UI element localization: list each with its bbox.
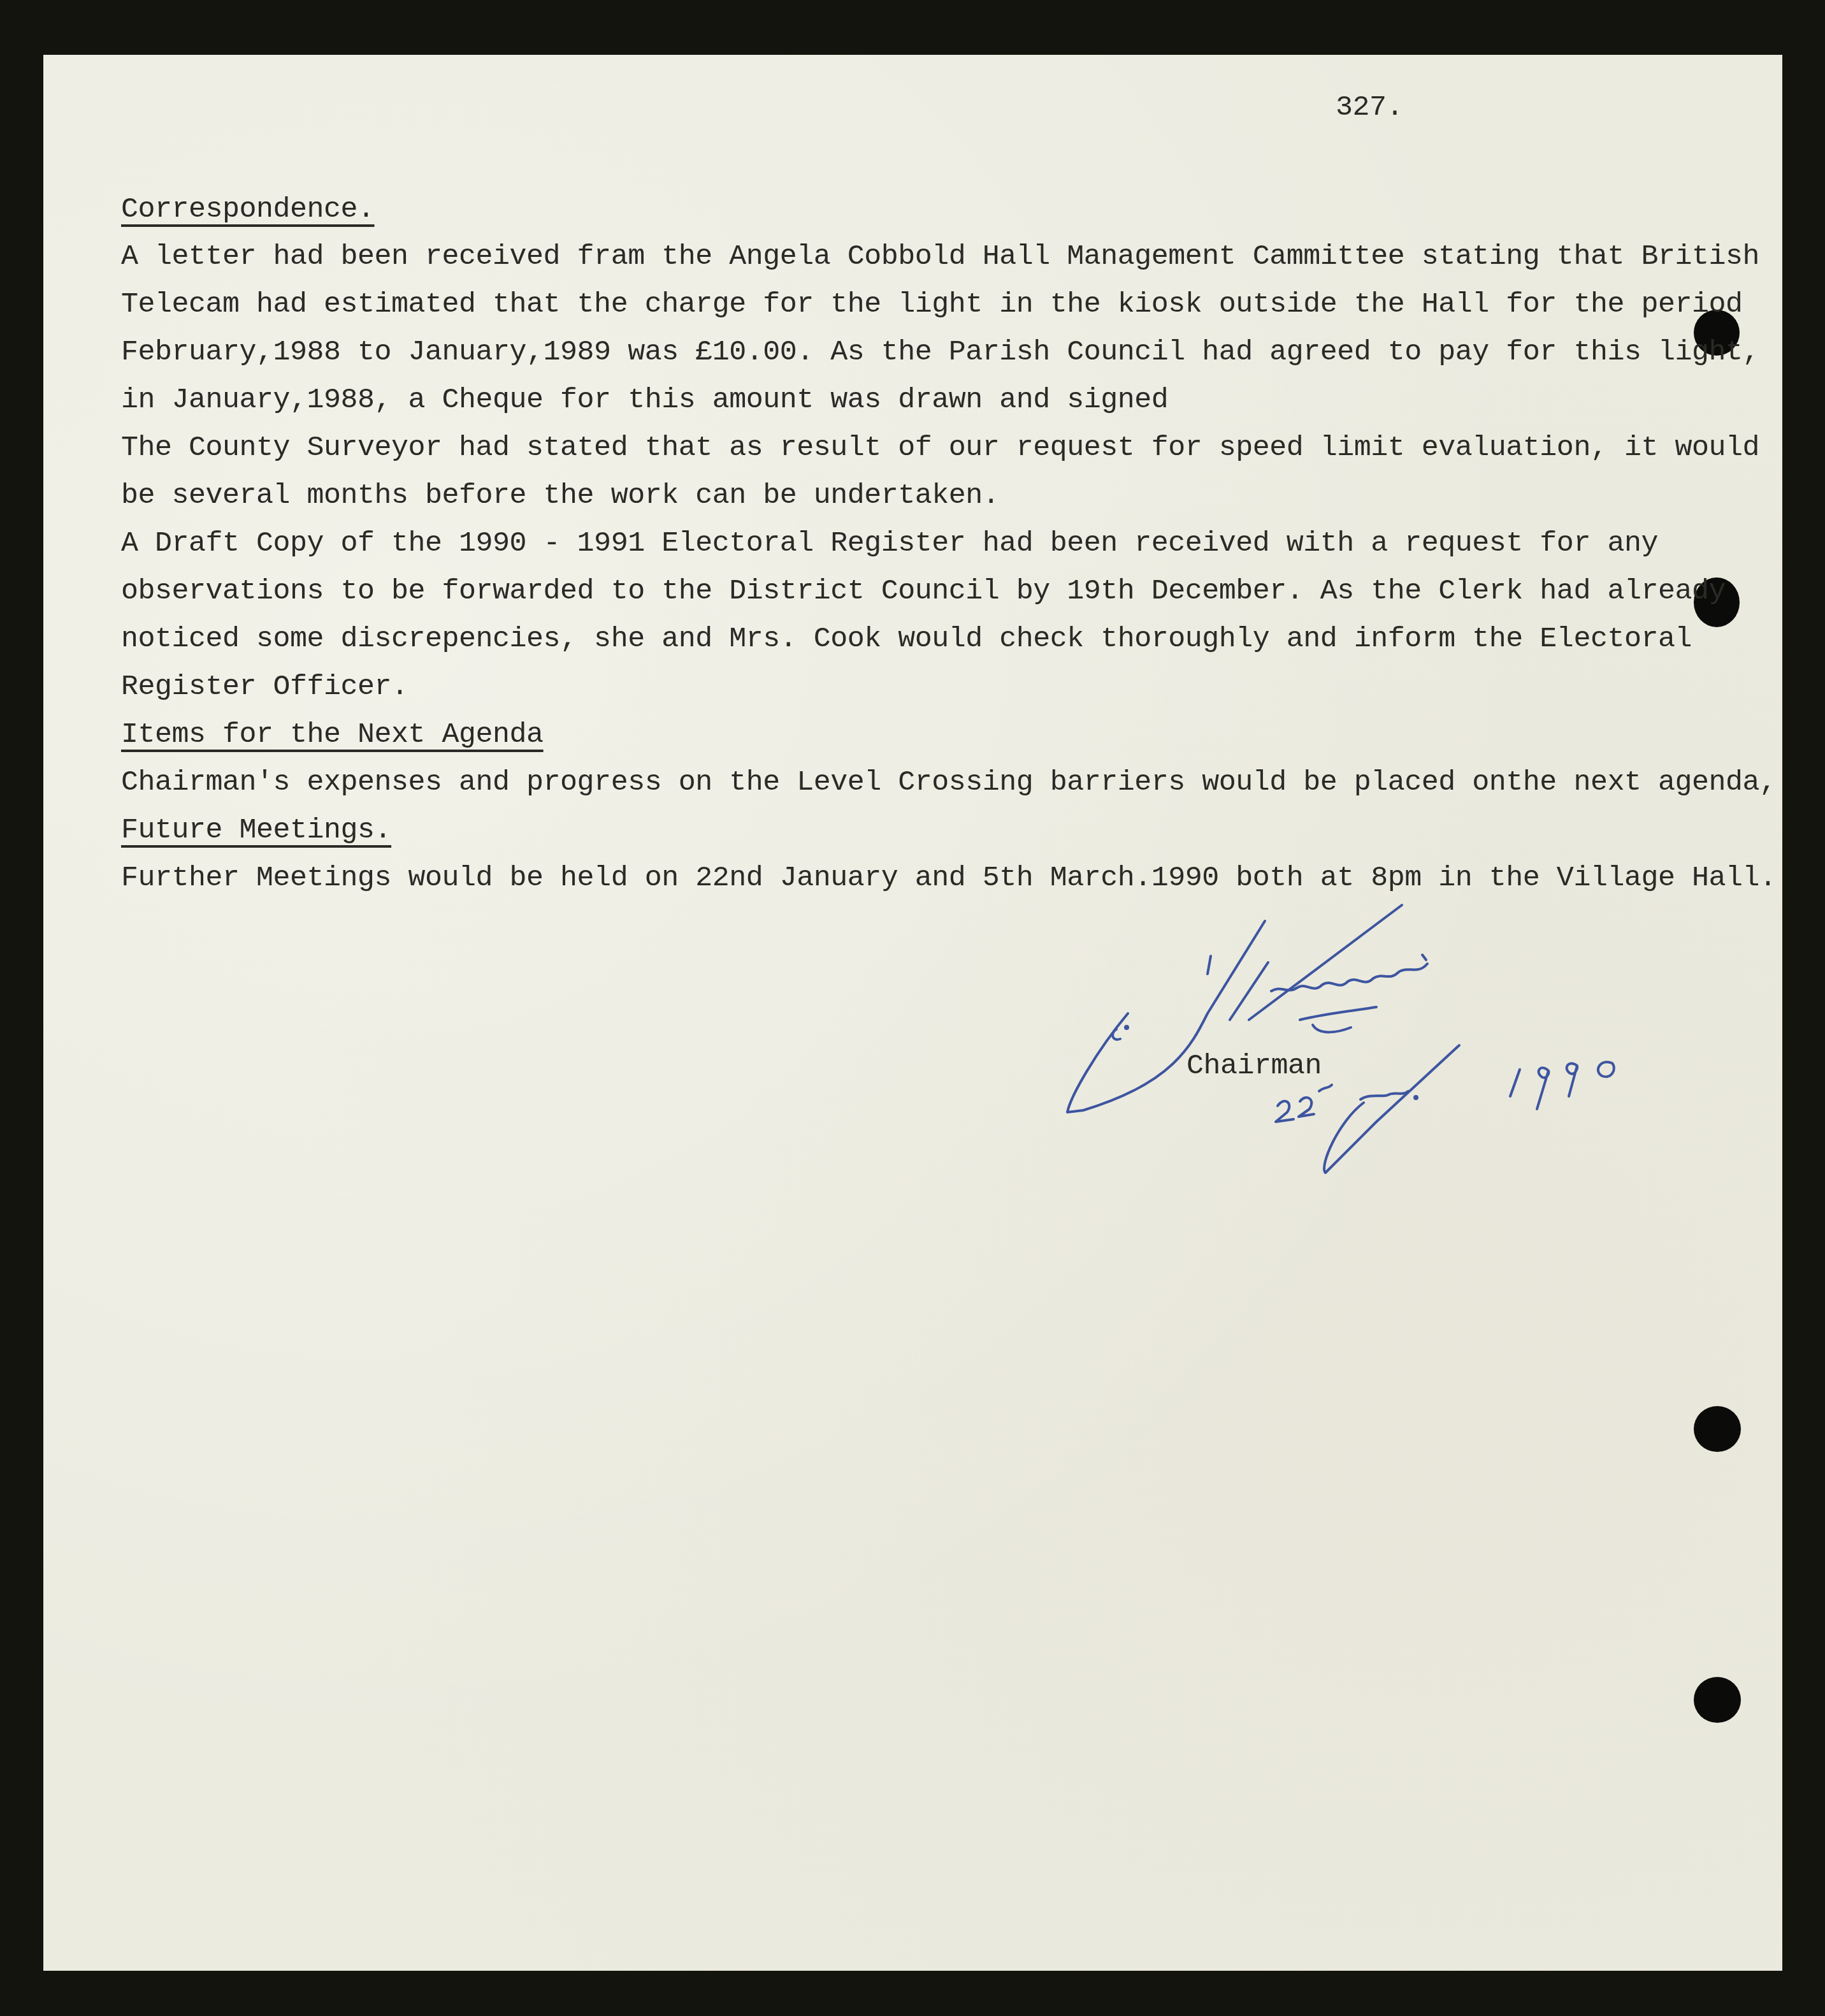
body-line: The County Surveyor had stated that as r… bbox=[121, 433, 1759, 462]
page-number: 327. bbox=[1336, 93, 1403, 122]
body-line: A Draft Copy of the 1990 - 1991 Electora… bbox=[121, 529, 1658, 558]
punch-hole-3 bbox=[1694, 1406, 1741, 1452]
body-line: be several months before the work can be… bbox=[121, 481, 999, 510]
punch-hole-4 bbox=[1694, 1677, 1741, 1723]
body-line: February,1988 to January,1989 was £10.00… bbox=[121, 338, 1759, 366]
body-line: Register Officer. bbox=[121, 672, 408, 701]
section-heading-next-agenda: Items for the Next Agenda bbox=[121, 720, 544, 749]
body-line: observations to be forwarded to the Dist… bbox=[121, 577, 1726, 606]
body-line: Telecam had estimated that the charge fo… bbox=[121, 290, 1742, 319]
body-line: A letter had been received fram the Ange… bbox=[121, 242, 1759, 271]
section-heading-correspondence: Correspondence. bbox=[121, 195, 375, 224]
body-line: in January,1988, a Cheque for this amoun… bbox=[121, 386, 1168, 414]
body-line: Further Meetings would be held on 22nd J… bbox=[121, 864, 1776, 892]
section-heading-future-meetings: Future Meetings. bbox=[121, 816, 391, 845]
body-line: Chairman's expenses and progress on the … bbox=[121, 768, 1776, 797]
chairman-label: Chairman bbox=[1187, 1052, 1322, 1080]
body-line: noticed some discrepencies, she and Mrs.… bbox=[121, 625, 1692, 653]
